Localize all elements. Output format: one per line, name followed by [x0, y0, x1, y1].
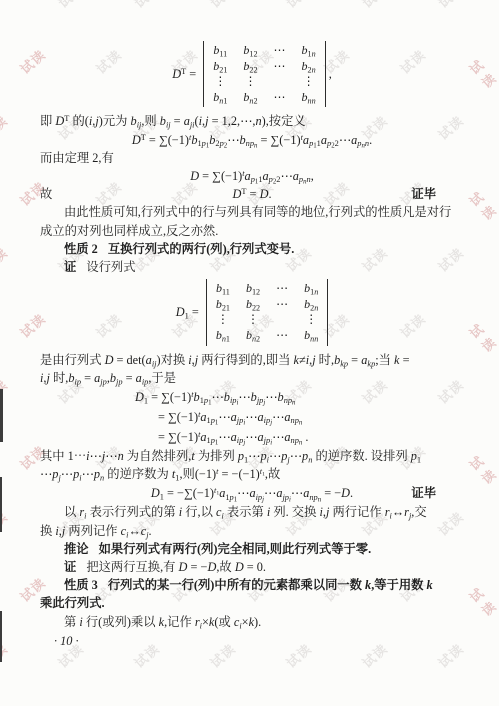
matrix-cell: b22	[246, 297, 260, 313]
property3-heading: 性质 3行列式的某一行(列)中所有的元素都乘以同一数 k,等于用数 k	[40, 576, 464, 594]
gu-word: 故	[40, 185, 52, 203]
paragraph-remark-line2: 成立的对列也同样成立,反之亦然.	[40, 222, 464, 240]
matrix-d1-grid: b11 b12 ⋯ b1n b21 b22 ⋯ b2n ⋮ ⋮ ⋮ bn1 bn…	[216, 281, 318, 343]
watermark-text: 试读	[467, 183, 499, 225]
equation-d-expansion: D = ∑(−1)tap11ap22⋯apnn,	[40, 167, 464, 185]
proof2-line: 证设行列式	[40, 258, 464, 276]
page-number: · 10 ·	[54, 632, 464, 650]
matrix-cell: ⋮	[216, 312, 230, 328]
matrix-cell	[276, 312, 288, 328]
determinant-bars: b11 b12 ⋯ b1n b21 b22 ⋯ b2n ⋮ ⋮ ⋮ bn1 bn…	[203, 41, 325, 107]
matrix-cell: ⋮	[213, 74, 227, 90]
matrix-d1-label: D1 =	[176, 303, 199, 321]
matrix-cell: ⋮	[246, 312, 260, 328]
matrix-cell: bn1	[216, 328, 230, 344]
paragraph-row-times-k: 第 i 行(或列)乘以 k,记作 ri×k(或 ci×k).	[40, 613, 464, 631]
proof-label: 证	[64, 260, 76, 274]
matrix-dt-block: DT = b11 b12 ⋯ b1n b21 b22 ⋯ b2n ⋮ ⋮ ⋮ b…	[40, 41, 464, 107]
watermark-text: 试读	[132, 0, 165, 13]
property3-text: 行列式的某一行(列)中所有的元素都乘以同一数 k,等于用数 k	[108, 578, 433, 592]
matrix-cell	[274, 74, 286, 90]
matrix-cell: ⋯	[276, 297, 288, 313]
watermark-text: 试读	[56, 0, 89, 13]
matrix-trailing-comma: ,	[329, 65, 332, 83]
paragraph-theorem2: 而由定理 2,有	[40, 149, 464, 167]
book-page: 试读试读试读试读试读试读试读试读试读试读试读试读试读试读试读试读试读试读试读试读…	[0, 0, 499, 706]
scan-mark	[0, 611, 2, 662]
matrix-dt-grid: b11 b12 ⋯ b1n b21 b22 ⋯ b2n ⋮ ⋮ ⋮ bn1 bn…	[213, 43, 315, 105]
matrix-cell: b21	[213, 59, 227, 75]
equation-d1-final: D1 = −∑(−1)t1a1p1⋯aipj⋯ajpi⋯anpn = −D.	[151, 486, 353, 500]
proof3-line: 证把这两行互换,有 D = −D,故 D = 0.	[40, 558, 464, 576]
proof2-text: 设行列式	[86, 260, 135, 274]
paragraph-permutation-line1: 其中 1⋯i⋯j⋯n 为自然排列,t 为排列 p1⋯pi⋯pj⋯pn 的逆序数.…	[40, 447, 464, 465]
watermark-text: 试读	[360, 0, 393, 13]
equation-d1-final-line: D1 = −∑(−1)t1a1p1⋯aipj⋯ajpi⋯anpn = −D. 证…	[40, 483, 464, 503]
paragraph-notation-line1: 以 ri 表示行列式的第 i 行,以 ci 表示第 i 列. 交换 i,j 两行…	[40, 503, 464, 521]
watermark-text: 试读	[284, 0, 317, 13]
matrix-cell: bnn	[304, 328, 318, 344]
paragraph-definition: 即 DT 的(i,j)元为 bij,则 bij = aji(i,j = 1,2,…	[40, 112, 464, 130]
matrix-cell: b12	[246, 281, 260, 297]
scan-mark	[0, 389, 3, 442]
property2-heading: 性质 2互换行列式的两行(列),行列式变号.	[40, 240, 464, 258]
corollary-text: 如果行列式有两行(列)完全相同,则此行列式等于零.	[99, 542, 372, 556]
matrix-cell: bn1	[213, 90, 227, 106]
equation-dt-equals-d-line: 故 DT = D. 证毕	[40, 185, 464, 203]
watermark-text: 试读	[467, 579, 499, 621]
equation-d1-line2: = ∑(−1)ta1p1⋯ajpi⋯aipj⋯anpn	[135, 407, 464, 427]
watermark-text: 试读	[208, 0, 241, 13]
qed-label: 证毕	[411, 185, 436, 203]
proof-label: 证	[64, 560, 76, 574]
matrix-cell: ⋯	[274, 43, 286, 59]
matrix-cell: b12	[243, 43, 257, 59]
matrix-cell: b1n	[304, 281, 318, 297]
paragraph-remark-line1: 由此性质可知,行列式中的行与列具有同等的地位,行列式的性质凡是对行	[40, 203, 464, 221]
proof3-text: 把这两行互换,有 D = −D,故 D = 0.	[86, 560, 266, 574]
matrix-d1-block: D1 = b11 b12 ⋯ b1n b21 b22 ⋯ b2n ⋮ ⋮ ⋮ b…	[40, 279, 464, 345]
matrix-cell: b2n	[304, 297, 318, 313]
determinant-bars: b11 b12 ⋯ b1n b21 b22 ⋯ b2n ⋮ ⋮ ⋮ bn1 bn…	[206, 279, 328, 345]
equation-d1-block: D1 = ∑(−1)tb1p1⋯bipi⋯bjpj⋯bnpn = ∑(−1)ta…	[135, 387, 464, 447]
matrix-cell: ⋯	[276, 281, 288, 297]
equation-d1-line3: = ∑(−1)ta1p1⋯aipj⋯ajpi⋯anpn .	[135, 427, 464, 447]
matrix-cell: b11	[216, 281, 230, 297]
equation-dt-equals-d: DT = D.	[232, 187, 271, 201]
corollary-heading: 推论如果行列式有两行(列)完全相同,则此行列式等于零.	[40, 540, 464, 558]
matrix-cell: ⋯	[276, 328, 288, 344]
property3-continuation: 乘此行列式.	[40, 594, 464, 612]
matrix-cell: ⋮	[304, 312, 318, 328]
paragraph-swap-line1: 是由行列式 D = det(aij)对换 i,j 两行得到的,即当 k≠i,j …	[40, 351, 464, 369]
watermark-text: 试读	[0, 0, 13, 13]
watermark-text: 试读	[0, 113, 13, 145]
matrix-cell: b1n	[302, 43, 316, 59]
property2-label: 性质 2	[64, 242, 98, 256]
paragraph-notation-line2: 换 i,j 两列记作 ci↔cj.	[40, 522, 464, 540]
matrix-cell: ⋮	[243, 74, 257, 90]
watermark-text: 试读	[0, 245, 13, 277]
paragraph-swap-line2: i,j 时,bip = ajp,bjp = aip,于是	[40, 369, 464, 387]
matrix-cell: b22	[243, 59, 257, 75]
watermark-text: 试读	[467, 51, 499, 93]
paragraph-permutation-line2: ⋯pj⋯pi⋯pn 的逆序数为 t1,则(−1)t = −(−1)t1,故	[40, 465, 464, 483]
watermark-text: 试读	[467, 447, 499, 489]
equation-dt-expansion: DT = ∑(−1)tb1p1b2p2⋯bnpn = ∑(−1)tap11ap2…	[40, 131, 464, 149]
matrix-cell: b21	[216, 297, 230, 313]
matrix-cell: b2n	[302, 59, 316, 75]
watermark-text: 试读	[436, 0, 469, 13]
equation-d1-line1: D1 = ∑(−1)tb1p1⋯bipi⋯bjpj⋯bnpn	[135, 387, 464, 407]
matrix-cell: bnn	[302, 90, 316, 106]
matrix-cell: bn2	[243, 90, 257, 106]
corollary-label: 推论	[64, 542, 89, 556]
scan-mark	[0, 477, 2, 532]
property2-text: 互换行列式的两行(列),行列式变号.	[108, 242, 295, 256]
watermark-text: 试读	[467, 315, 499, 357]
property3-label: 性质 3	[64, 578, 98, 592]
matrix-cell: ⋯	[274, 59, 286, 75]
qed-label: 证毕	[411, 483, 436, 503]
matrix-cell: b11	[213, 43, 227, 59]
matrix-cell: ⋮	[302, 74, 316, 90]
matrix-dt-label: DT =	[172, 65, 196, 83]
matrix-cell: ⋯	[274, 90, 286, 106]
page-content: DT = b11 b12 ⋯ b1n b21 b22 ⋯ b2n ⋮ ⋮ ⋮ b…	[40, 38, 464, 650]
matrix-cell: bn2	[246, 328, 260, 344]
